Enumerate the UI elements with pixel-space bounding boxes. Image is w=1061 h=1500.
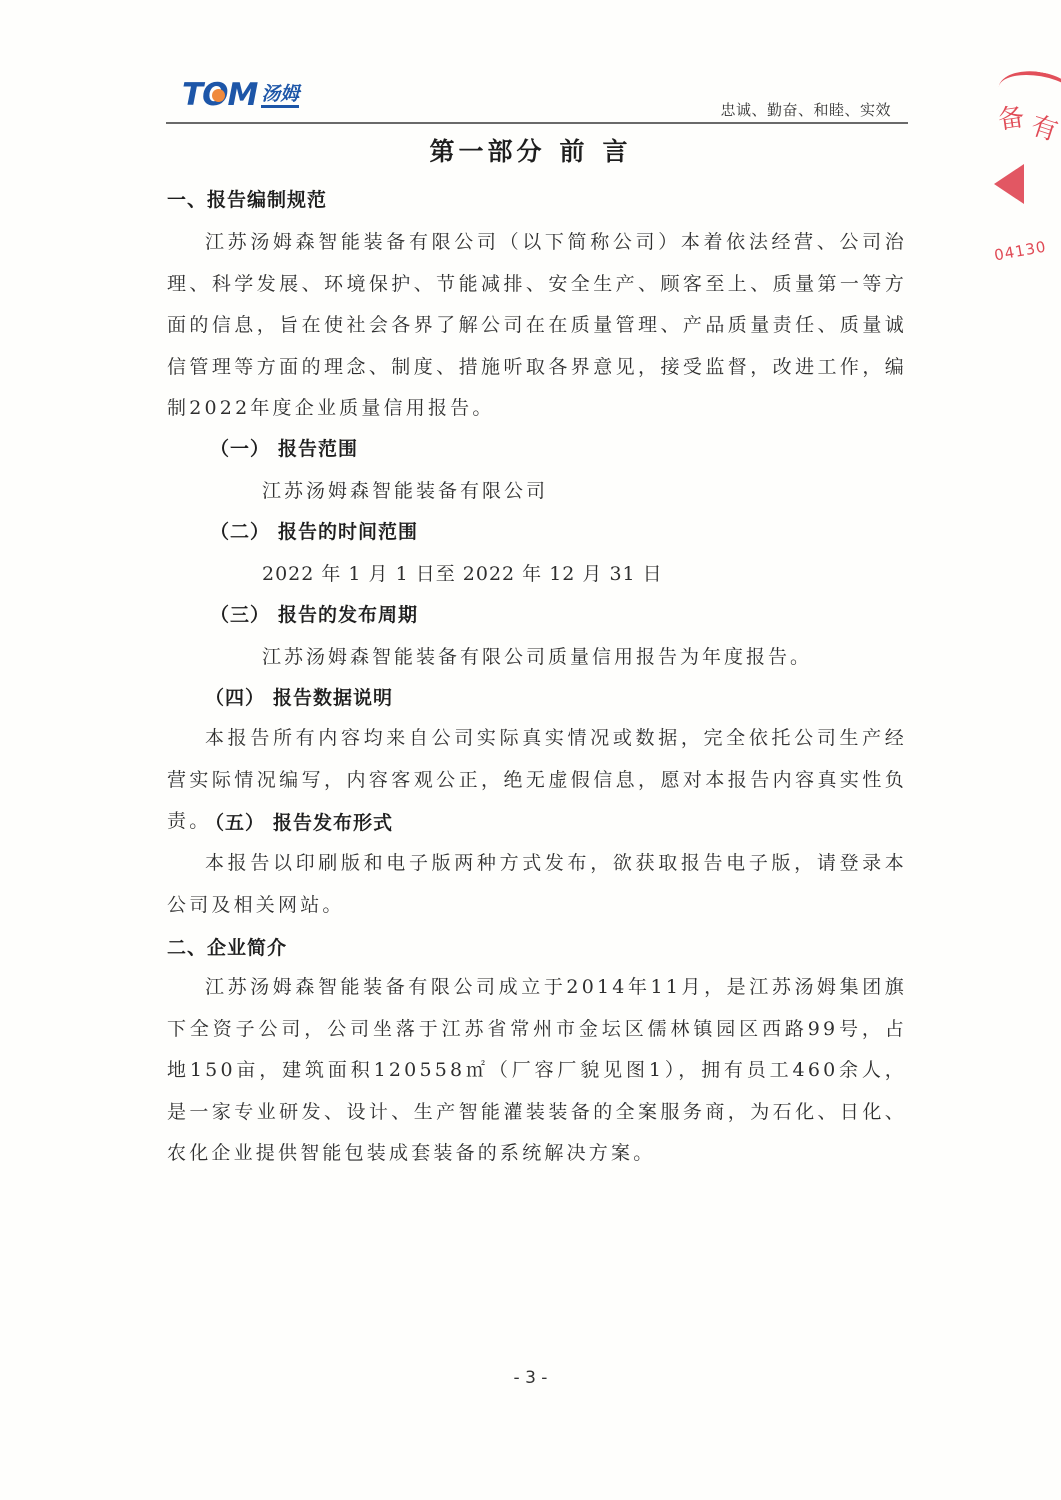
subsection-heading: （二）报告的时间范围 [210, 517, 418, 544]
logo-latin: TOM [182, 80, 257, 110]
section-heading: 二、企业简介 [167, 933, 287, 960]
company-logo: TOM 汤姆 [182, 80, 299, 110]
section-paragraph: 江苏汤姆森智能装备有限公司成立于2014年11月，是江苏汤姆集团旗下全资子公司，… [167, 967, 907, 1175]
logo-dot-icon [212, 89, 225, 102]
subsection-content: 本报告以印刷版和电子版两种方式发布，欲获取报告电子版，请登录本公司及相关网站。 [167, 843, 907, 926]
seal-char: 备 [996, 96, 1027, 136]
section-heading: 一、报告编制规范 [167, 185, 327, 212]
subsection-heading: （五）报告发布形式 [205, 808, 393, 835]
page-title: 第一部分前言 [0, 132, 1061, 168]
seal-star-icon [994, 164, 1024, 204]
subsection-content: 2022 年 1 月 1 日至 2022 年 12 月 31 日 [262, 559, 663, 586]
section-paragraph: 江苏汤姆森智能装备有限公司（以下简称公司）本着依法经营、公司治理、科学发展、环境… [167, 222, 907, 430]
subsection-heading: （三）报告的发布周期 [210, 600, 418, 627]
header-divider [166, 122, 908, 124]
subsection-heading: （一）报告范围 [210, 434, 358, 461]
seal-number: 04130 [993, 238, 1048, 265]
official-seal-stamp: 备 有 04130 [990, 72, 1061, 272]
logo-chinese: 汤姆 [261, 83, 299, 108]
subsection-content: 江苏汤姆森智能装备有限公司 [262, 476, 548, 503]
company-motto: 忠诚、勤奋、和睦、实效 [720, 99, 891, 120]
subsection-heading: （四）报告数据说明 [205, 683, 393, 710]
page-number: - 3 - [0, 1368, 1061, 1388]
subsection-content: 江苏汤姆森智能装备有限公司质量信用报告为年度报告。 [262, 642, 812, 669]
